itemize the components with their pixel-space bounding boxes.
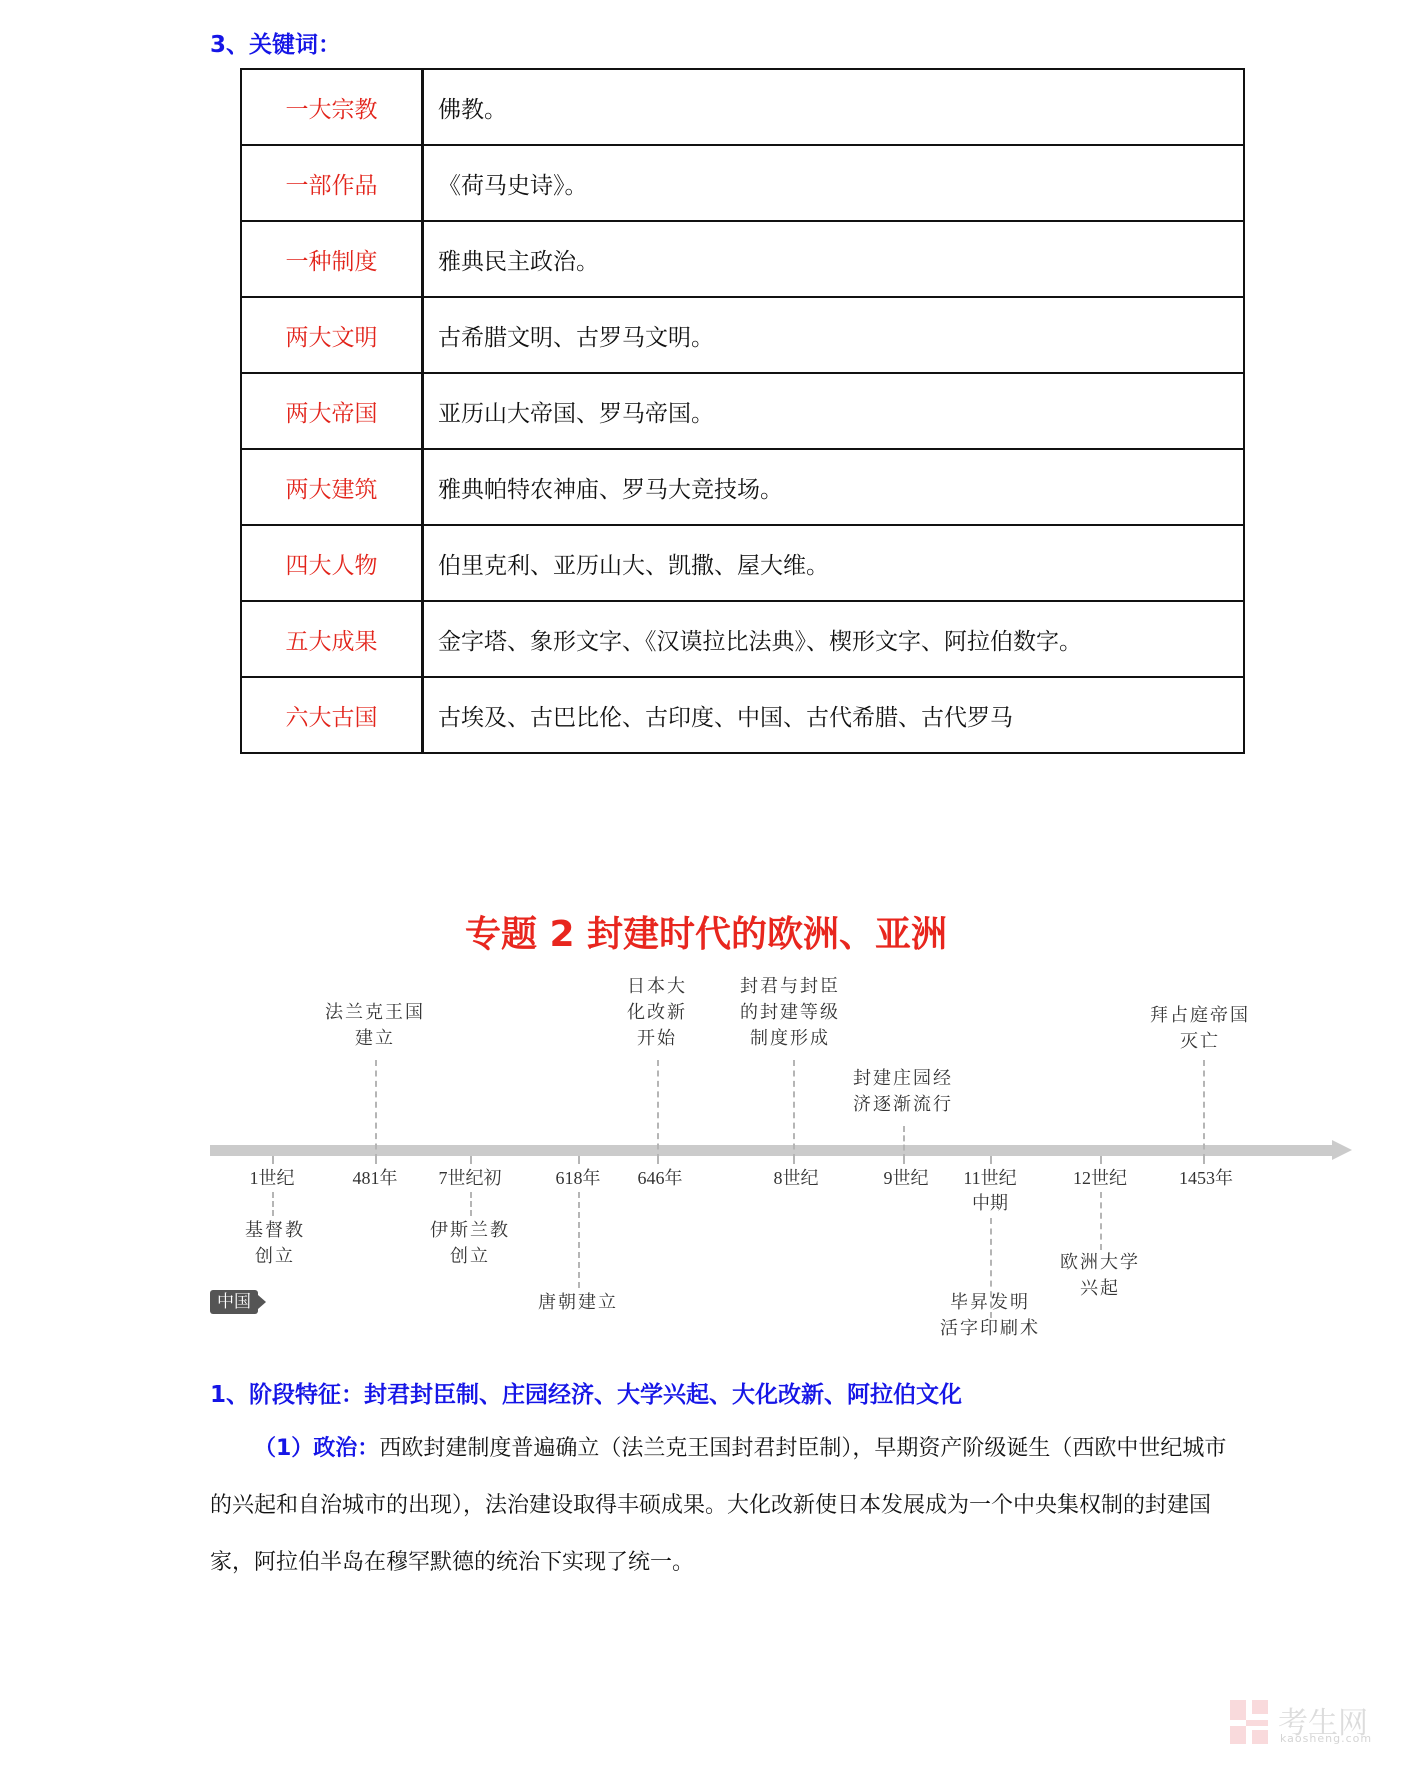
connector-line	[1203, 1060, 1205, 1160]
value-cell: 古希腊文明、古罗马文明。	[423, 297, 1245, 373]
event-label: 毕昇发明 活字印刷术	[940, 1290, 1040, 1342]
event-label: 基督教 创立	[245, 1218, 305, 1270]
tick-mark	[1100, 1156, 1102, 1164]
table-row: 一大宗教佛教。	[241, 69, 1244, 145]
timeline-axis	[210, 1145, 1334, 1156]
section-heading-stage-features: 1、阶段特征：封君封臣制、庄园经济、大学兴起、大化改新、阿拉伯文化	[210, 1376, 962, 1409]
paragraph-politics: （1）政治：西欧封建制度普遍确立（法兰克王国封君封臣制），早期资产阶级诞生（西欧…	[210, 1420, 1230, 1591]
value-cell: 雅典民主政治。	[423, 221, 1245, 297]
watermark-domain: kaosheng.com	[1280, 1732, 1372, 1745]
event-label: 唐朝建立	[538, 1290, 618, 1316]
value-cell: 伯里克利、亚历山大、凯撒、屋大维。	[423, 525, 1245, 601]
keyword-cell: 五大成果	[241, 601, 423, 677]
keyword-cell: 两大文明	[241, 297, 423, 373]
tick-label: 1世纪	[250, 1166, 295, 1191]
paragraph-lead: （1）政治：	[254, 1436, 379, 1461]
keyword-cell: 两大帝国	[241, 373, 423, 449]
tick-label: 7世纪初	[439, 1166, 502, 1191]
event-label: 封建庄园经 济逐渐流行	[853, 1066, 953, 1118]
table-row: 四大人物伯里克利、亚历山大、凯撒、屋大维。	[241, 525, 1244, 601]
tick-label: 11世纪 中期	[963, 1166, 1016, 1216]
connector-line	[375, 1060, 377, 1160]
keywords-table: 一大宗教佛教。 一部作品《荷马史诗》。 一种制度雅典民主政治。 两大文明古希腊文…	[240, 68, 1245, 754]
keyword-cell: 一种制度	[241, 221, 423, 297]
tick-mark	[470, 1156, 472, 1164]
connector-line	[657, 1060, 659, 1160]
connector-line	[1100, 1192, 1102, 1250]
tick-label: 646年	[638, 1166, 683, 1191]
tick-mark	[793, 1156, 795, 1164]
tick-mark	[903, 1156, 905, 1164]
connector-line	[470, 1192, 472, 1216]
keyword-cell: 四大人物	[241, 525, 423, 601]
tick-label: 12世纪	[1073, 1166, 1127, 1191]
keyword-cell: 六大古国	[241, 677, 423, 753]
tick-mark	[272, 1156, 274, 1164]
event-label: 伊斯兰教 创立	[430, 1218, 510, 1270]
tick-label: 1453年	[1179, 1166, 1233, 1191]
china-badge: 中国	[210, 1290, 258, 1314]
connector-line	[272, 1192, 274, 1216]
event-label: 封君与封臣 的封建等级 制度形成	[740, 974, 840, 1052]
tick-label: 8世纪	[774, 1166, 819, 1191]
tick-label: 9世纪	[884, 1166, 929, 1191]
value-cell: 金字塔、象形文字、《汉谟拉比法典》、楔形文字、阿拉伯数字。	[423, 601, 1245, 677]
arrow-right-icon	[1332, 1140, 1352, 1160]
tick-mark	[375, 1156, 377, 1164]
value-cell: 雅典帕特农神庙、罗马大竞技场。	[423, 449, 1245, 525]
keyword-cell: 一大宗教	[241, 69, 423, 145]
table-row: 一种制度雅典民主政治。	[241, 221, 1244, 297]
connector-line	[903, 1126, 905, 1160]
event-label: 欧洲大学 兴起	[1060, 1250, 1140, 1302]
tick-label: 618年	[556, 1166, 601, 1191]
table-row: 两大帝国亚历山大帝国、罗马帝国。	[241, 373, 1244, 449]
table-row: 六大古国古埃及、古巴比伦、古印度、中国、古代希腊、古代罗马	[241, 677, 1244, 753]
tick-mark	[1203, 1156, 1205, 1164]
event-label: 日本大 化改新 开始	[627, 974, 687, 1052]
tick-label: 481年	[353, 1166, 398, 1191]
table-row: 五大成果金字塔、象形文字、《汉谟拉比法典》、楔形文字、阿拉伯数字。	[241, 601, 1244, 677]
table-row: 两大建筑雅典帕特农神庙、罗马大竞技场。	[241, 449, 1244, 525]
event-label: 法兰克王国 建立	[325, 1000, 425, 1052]
kaosheng-logo-icon	[1230, 1700, 1270, 1744]
topic-title: 专题 2 封建时代的欧洲、亚洲	[0, 906, 1412, 957]
keyword-cell: 两大建筑	[241, 449, 423, 525]
table-row: 两大文明古希腊文明、古罗马文明。	[241, 297, 1244, 373]
value-cell: 《荷马史诗》。	[423, 145, 1245, 221]
table-row: 一部作品《荷马史诗》。	[241, 145, 1244, 221]
connector-line	[793, 1060, 795, 1160]
tick-mark	[990, 1156, 992, 1164]
value-cell: 亚历山大帝国、罗马帝国。	[423, 373, 1245, 449]
keyword-cell: 一部作品	[241, 145, 423, 221]
watermark: 考生网 kaosheng.com	[1230, 1700, 1400, 1750]
event-label: 拜占庭帝国 灭亡	[1150, 1003, 1250, 1055]
section-heading-keywords: 3、关键词：	[210, 26, 341, 59]
tick-mark	[578, 1156, 580, 1164]
connector-line	[578, 1192, 580, 1288]
tick-mark	[657, 1156, 659, 1164]
value-cell: 古埃及、古巴比伦、古印度、中国、古代希腊、古代罗马	[423, 677, 1245, 753]
value-cell: 佛教。	[423, 69, 1245, 145]
